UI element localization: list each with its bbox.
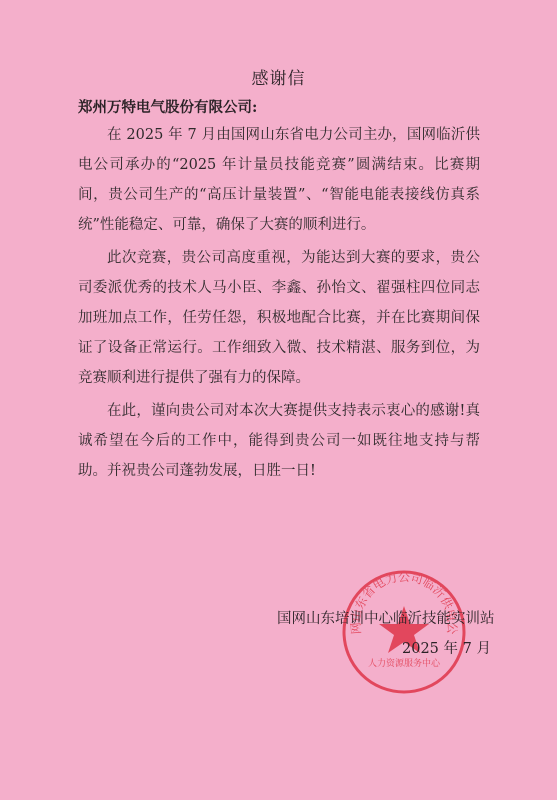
paragraph-2: 此次竞赛，贵公司高度重视，为能达到大赛的要求，贵公司委派优秀的技术人马小臣、李鑫… (78, 243, 480, 393)
letter-title: 感谢信 (0, 64, 557, 89)
seal-inner-text: 人力资源服务中心 (368, 657, 441, 669)
signature-organization: 国网山东培训中心临沂技能实训站 (277, 607, 495, 628)
paragraph-1: 在 2025 年 7 月由国网山东省电力公司主办，国网临沂供电公司承办的“202… (78, 120, 480, 240)
letter-body: 在 2025 年 7 月由国网山东省电力公司主办，国网临沂供电公司承办的“202… (78, 120, 480, 489)
letter-page: 感谢信 郑州万特电气股份有限公司: 在 2025 年 7 月由国网山东省电力公司… (0, 0, 557, 800)
signature-date: 2025 年 7 月 (402, 637, 491, 658)
salutation: 郑州万特电气股份有限公司: (78, 96, 257, 117)
paragraph-3: 在此，谨向贵公司对本次大赛提供支持表示衷心的感谢!真诚希望在今后的工作中，能得到… (78, 396, 480, 486)
official-seal-icon: 国网山东省电力公司临沂供电公司 人力资源服务中心 (340, 568, 468, 696)
